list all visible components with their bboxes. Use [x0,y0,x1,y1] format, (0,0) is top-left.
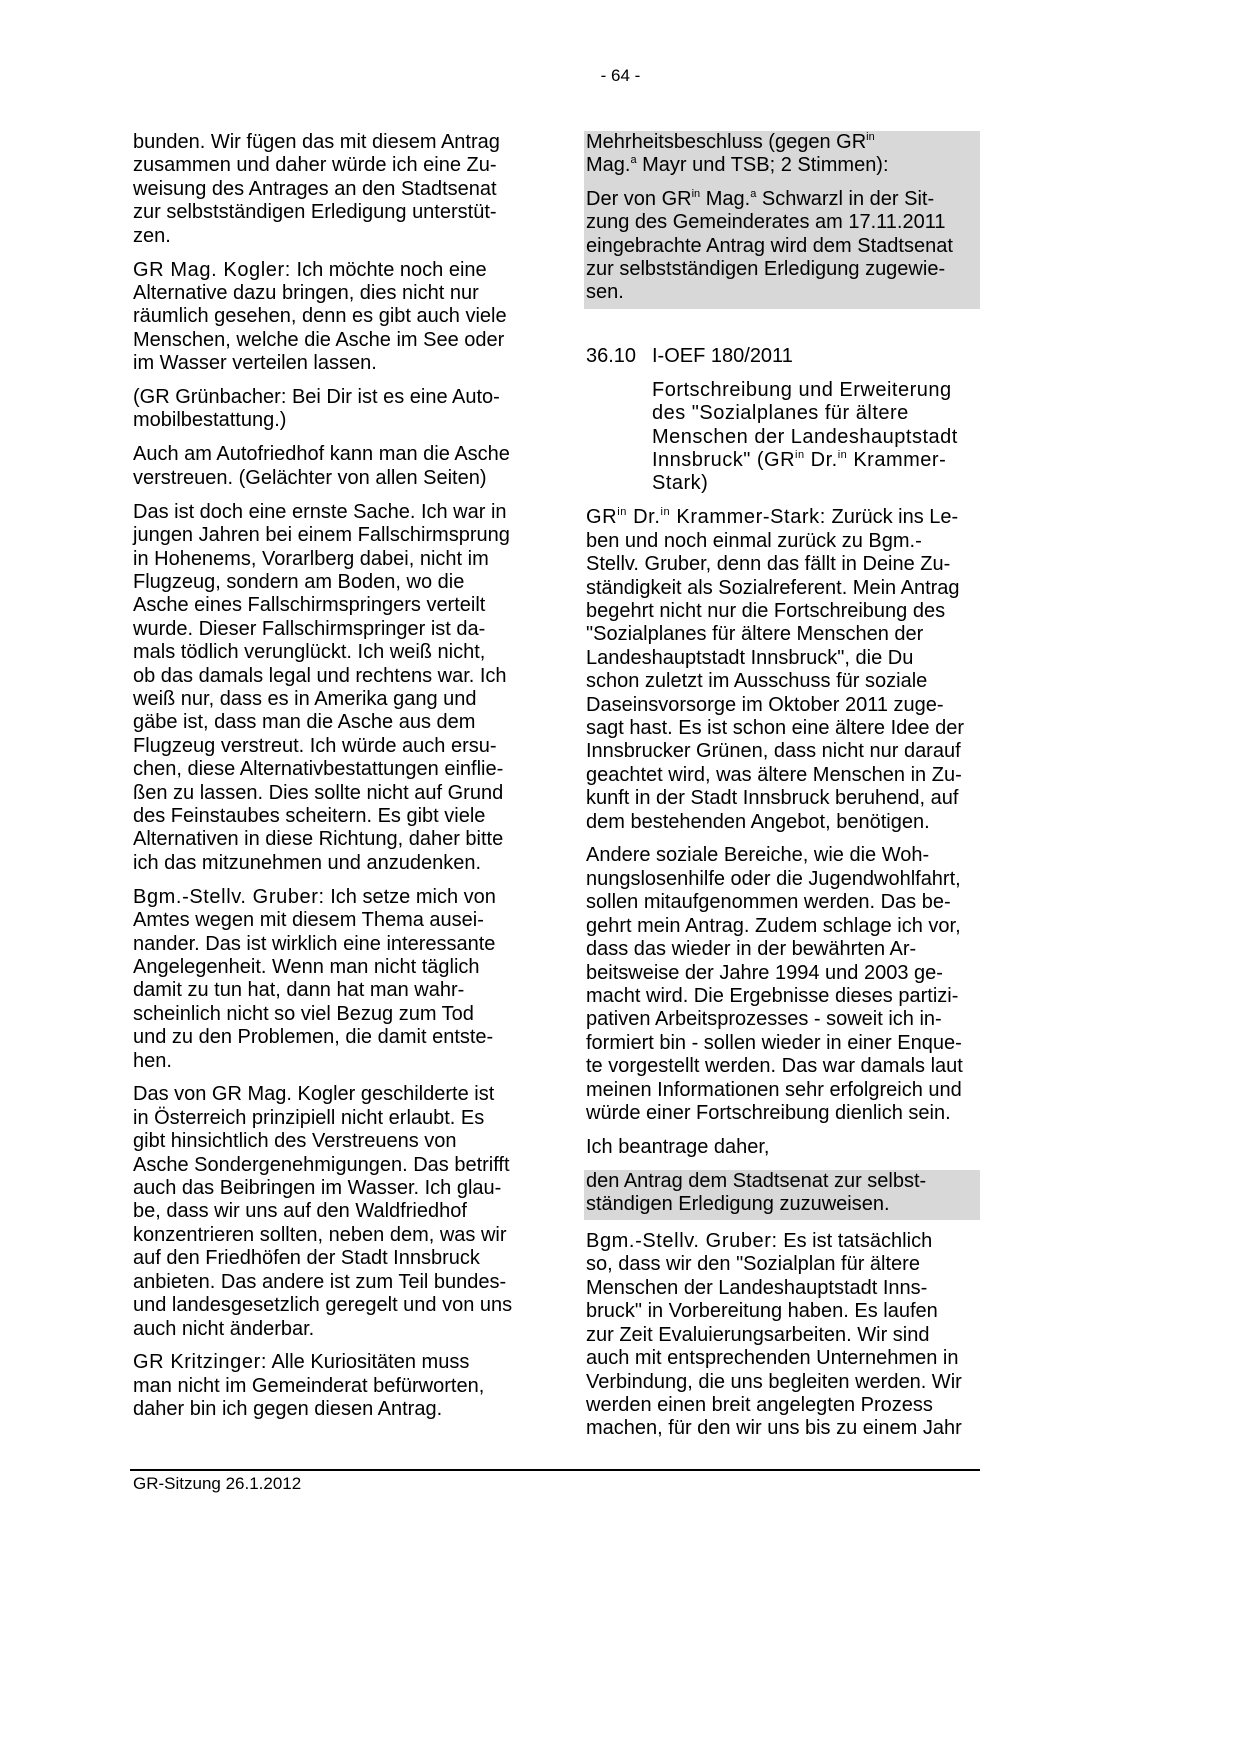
text-line: auch nicht änderbar. [133,1318,533,1341]
text-line: sagt hast. Es ist schon eine ältere Idee… [586,717,980,740]
speaker-name: GR Kritzinger: [133,1351,267,1373]
text-line: Bgm.-Stellv. Gruber: Ich setze mich von [133,886,533,909]
text-line: pativen Arbeitsprozesses - soweit ich in… [586,1008,980,1031]
text-line: Andere soziale Bereiche, wie die Woh- [586,844,980,867]
text-line: GRin Dr.in Krammer-Stark: Zurück ins Le- [586,506,980,529]
speaker-name: Bgm.-Stellv. Gruber: [133,886,325,908]
text: Mag. [586,154,630,176]
text-line: ständigkeit als Sozialreferent. Mein Ant… [586,577,980,600]
text-line: Fortschreibung und Erweiterung [652,379,980,402]
footer-text: GR-Sitzung 26.1.2012 [133,1474,301,1494]
text-line: ob das damals legal und rechtens war. Ic… [133,665,533,688]
text-line: Bgm.-Stellv. Gruber: Es ist tatsächlich [586,1230,980,1253]
text-line: weisung des Antrages an den Stadtsenat [133,178,533,201]
speech-paragraph: Bgm.-Stellv. Gruber: Es ist tatsächlich … [586,1230,980,1441]
text-line: formiert bin - sollen wieder in einer En… [586,1032,980,1055]
text-line: zung des Gemeinderates am 17.11.2011 [586,211,980,234]
text-line: auf den Friedhöfen der Stadt Innsbruck [133,1247,533,1270]
text: Ich möchte noch eine [291,259,487,281]
text-line: anbieten. Das andere ist zum Teil bundes… [133,1271,533,1294]
text-line: scheinlich nicht so viel Bezug zum Tod [133,1003,533,1026]
agenda-item-header: 36.10 I-OEF 180/2011 [586,345,980,368]
text: Mayr und TSB; 2 Stimmen): [637,154,889,176]
text-line: Mag.a Mayr und TSB; 2 Stimmen): [586,154,980,177]
right-column: Mehrheitsbeschluss (gegen GRin Mag.a May… [586,131,980,1451]
text-line: hen. [133,1050,533,1073]
paragraph: Das ist doch eine ernste Sache. Ich war … [133,501,533,876]
vote-result: Mehrheitsbeschluss (gegen GRin Mag.a May… [586,131,980,178]
text-line: Asche Sondergenehmigungen. Das betrifft [133,1154,533,1177]
text-line: nander. Das ist wirklich eine interessan… [133,933,533,956]
superscript: in [866,131,875,143]
text-line: Flugzeug verstreut. Ich würde auch ersu- [133,735,533,758]
text-line: weiß nur, dass es in Amerika gang und [133,688,533,711]
request-intro: Ich beantrage daher, [586,1136,980,1159]
text-line: daher bin ich gegen diesen Antrag. [133,1398,533,1421]
text-line: damit zu tun hat, dann hat man wahr- [133,979,533,1002]
paragraph: bunden. Wir fügen das mit diesem Antrag … [133,131,533,248]
text-line: Flugzeug, sondern am Boden, wo die [133,571,533,594]
text-line: geachtet wird, was ältere Menschen in Zu… [586,764,980,787]
text: Innsbruck" (GR [652,449,795,471]
page-number: - 64 - [0,66,1241,86]
text-line: (GR Grünbacher: Bei Dir ist es eine Auto… [133,386,533,409]
text-line: jungen Jahren bei einem Fallschirmsprung [133,524,533,547]
paragraph: Auch am Autofriedhof kann man die Asche … [133,443,533,490]
text-line: be, dass wir uns auf den Waldfriedhof [133,1200,533,1223]
speech-paragraph: GR Mag. Kogler: Ich möchte noch eine Alt… [133,259,533,376]
text-line: GR Kritzinger: Alle Kuriositäten muss [133,1351,533,1374]
text-line: Stark) [652,472,980,495]
text-line: GR Mag. Kogler: Ich möchte noch eine [133,259,533,282]
text-line: werden einen breit angelegten Prozess [586,1394,980,1417]
interjection-paragraph: (GR Grünbacher: Bei Dir ist es eine Auto… [133,386,533,433]
superscript: in [660,506,670,518]
text-line: des Feinstaubes scheitern. Es gibt viele [133,805,533,828]
text-line: te vorgestellt werden. Das war damals la… [586,1055,980,1078]
text: Schwarzl in der Sit- [756,188,934,210]
text-line: sollen mitaufgenommen werden. Das be- [586,891,980,914]
text-line: zen. [133,225,533,248]
text-line: Auch am Autofriedhof kann man die Asche [133,443,533,466]
text-line: meinen Informationen sehr erfolgreich un… [586,1079,980,1102]
text-line: sen. [586,281,980,304]
text-line: dass das wieder in der bewährten Ar- [586,938,980,961]
text-line: Menschen der Landeshauptstadt Inns- [586,1277,980,1300]
text-line: Ich beantrage daher, [586,1136,980,1159]
text-line: zur Zeit Evaluierungsarbeiten. Wir sind [586,1324,980,1347]
text-line: schon zuletzt im Ausschuss für soziale [586,670,980,693]
text-line: des "Sozialplanes für ältere [652,402,980,425]
text-line: ben und noch einmal zurück zu Bgm.- [586,530,980,553]
text-line: so, dass wir den "Sozialplan für ältere [586,1253,980,1276]
text-line: "Sozialplanes für ältere Menschen der [586,623,980,646]
text: Ich setze mich von [325,886,496,908]
text-line: und zu den Problemen, die damit entste- [133,1026,533,1049]
speech-paragraph: GRin Dr.in Krammer-Stark: Zurück ins Le-… [586,506,980,834]
text-line: verstreuen. (Gelächter von allen Seiten) [133,467,533,490]
agenda-item-reference: I-OEF 180/2011 [652,345,793,368]
text-line: im Wasser verteilen lassen. [133,352,533,375]
resolution-box: Mehrheitsbeschluss (gegen GRin Mag.a May… [584,131,980,309]
text-line: den Antrag dem Stadtsenat zur selbst- [586,1170,980,1193]
text-line: beitsweise der Jahre 1994 und 2003 ge- [586,962,980,985]
text-line: Der von GRin Mag.a Schwarzl in der Sit- [586,188,980,211]
text-line: Amtes wegen mit diesem Thema ausei- [133,909,533,932]
text-line: Menschen, welche die Asche im See oder [133,329,533,352]
text-line: auch das Beibringen im Wasser. Ich glau- [133,1177,533,1200]
text-line: eingebrachte Antrag wird dem Stadtsenat [586,235,980,258]
spacer [586,309,980,345]
text-line: man nicht im Gemeinderat befürworten, [133,1375,533,1398]
paragraph: Das von GR Mag. Kogler geschilderte ist … [133,1083,533,1340]
text-line: chen, diese Alternativbestattungen einfl… [133,758,533,781]
text-line: mobilbestattung.) [133,409,533,432]
text: Zurück ins Le- [826,506,958,528]
text-line: kunft in der Stadt Innsbruck beruhend, a… [586,787,980,810]
text-line: Menschen der Landeshauptstadt [652,426,980,449]
speaker-name: Bgm.-Stellv. Gruber: [586,1230,778,1252]
text: Es ist tatsächlich [778,1230,933,1252]
text-line: zusammen und daher würde ich eine Zu- [133,154,533,177]
text-line: begehrt nicht nur die Fortschreibung des [586,600,980,623]
paragraph: Andere soziale Bereiche, wie die Woh- nu… [586,844,980,1125]
text-line: nungslosenhilfe oder die Jugendwohlfahrt… [586,868,980,891]
text-line: und landesgesetzlich geregelt und von un… [133,1294,533,1317]
text-line: Angelegenheit. Wenn man nicht täglich [133,956,533,979]
superscript: in [795,449,805,461]
text-line: Das ist doch eine ernste Sache. Ich war … [133,501,533,524]
text-line: ständigen Erledigung zuzuweisen. [586,1193,980,1216]
text-line: Landeshauptstadt Innsbruck", die Du [586,647,980,670]
speaker-name: GR Mag. Kogler: [133,259,291,281]
text-line: gehrt mein Antrag. Zudem schlage ich vor… [586,915,980,938]
text-line: mals tödlich verunglückt. Ich weiß nicht… [133,641,533,664]
agenda-item-number: 36.10 [586,345,652,368]
request-box: den Antrag dem Stadtsenat zur selbst- st… [584,1170,980,1220]
text-line: Alternativen in diese Richtung, daher bi… [133,828,533,851]
text-line: zur selbstständigen Erledigung zugewie- [586,258,980,281]
text-line: würde einer Fortschreibung dienlich sein… [586,1102,980,1125]
text-line: machen, für den wir uns bis zu einem Jah… [586,1417,980,1440]
text: Der von GR [586,188,692,210]
text: Mehrheitsbeschluss (gegen GR [586,131,866,153]
text-line: Innsbrucker Grünen, dass nicht nur darau… [586,740,980,763]
resolution-text: Der von GRin Mag.a Schwarzl in der Sit- … [586,188,980,305]
text: Alle Kuriositäten muss [267,1351,469,1373]
speech-paragraph: GR Kritzinger: Alle Kuriositäten muss ma… [133,1351,533,1421]
agenda-item-title: Fortschreibung und Erweiterung des "Sozi… [652,379,980,496]
text-line: Alternative dazu bringen, dies nicht nur [133,282,533,305]
text-line: Innsbruck" (GRin Dr.in Krammer- [652,449,980,472]
text: Krammer- [847,449,946,471]
text-line: räumlich gesehen, denn es gibt auch viel… [133,305,533,328]
text: Mag. [700,188,750,210]
footer-divider [130,1469,980,1471]
speaker-name: GRin Dr.in Krammer-Stark: [586,506,826,528]
text: Dr. [805,449,838,471]
text-line: wurde. Dieser Fallschirmspringer ist da- [133,618,533,641]
text-line: macht wird. Die Ergebnisse dieses partiz… [586,985,980,1008]
text-line: in Österreich prinzipiell nicht erlaubt.… [133,1107,533,1130]
text: GR [586,506,617,528]
text: Krammer-Stark: [670,506,826,528]
text-line: Asche eines Fallschirmspringers verteilt [133,594,533,617]
text-line: Mehrheitsbeschluss (gegen GRin [586,131,980,154]
speech-paragraph: Bgm.-Stellv. Gruber: Ich setze mich von … [133,886,533,1073]
text: Dr. [627,506,661,528]
text-line: auch mit entsprechenden Unternehmen in [586,1347,980,1370]
text-line: konzentrieren sollten, neben dem, was wi… [133,1224,533,1247]
text-line: Das von GR Mag. Kogler geschilderte ist [133,1083,533,1106]
text-line: gäbe ist, dass man die Asche aus dem [133,711,533,734]
text-line: gibt hinsichtlich des Verstreuens von [133,1130,533,1153]
left-column: bunden. Wir fügen das mit diesem Antrag … [133,131,533,1432]
superscript: in [838,449,848,461]
text-line: bruck" in Vorbereitung haben. Es laufen [586,1300,980,1323]
text-line: zur selbstständigen Erledigung unterstüt… [133,201,533,224]
text-line: Verbindung, die uns begleiten werden. Wi… [586,1371,980,1394]
text-line: Daseinsvorsorge im Oktober 2011 zuge- [586,694,980,717]
superscript: in [617,506,627,518]
text-line: in Hohenems, Vorarlberg dabei, nicht im [133,548,533,571]
superscript: in [692,188,701,200]
text-line: Stellv. Gruber, denn das fällt in Deine … [586,553,980,576]
text-line: dem bestehenden Angebot, benötigen. [586,811,980,834]
text-line: ich das mitzunehmen und anzudenken. [133,852,533,875]
text-line: ßen zu lassen. Dies sollte nicht auf Gru… [133,782,533,805]
text-line: bunden. Wir fügen das mit diesem Antrag [133,131,533,154]
